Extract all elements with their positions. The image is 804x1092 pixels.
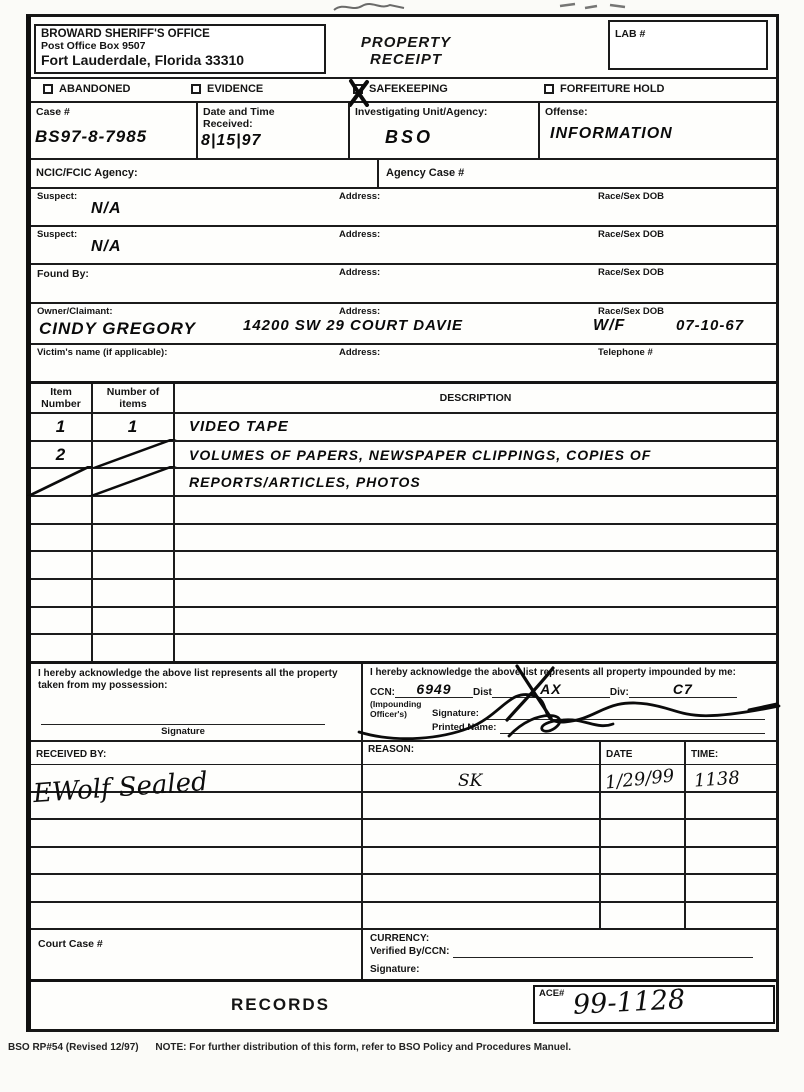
form-title-line1: PROPERTY xyxy=(331,35,481,52)
forfeiture-hold-label: FORFEITURE HOLD xyxy=(560,83,665,95)
received-table: RECEIVED BY: REASON: DATE TIME: EWolf Se… xyxy=(31,742,776,930)
items-empty-row xyxy=(31,525,776,553)
checkbox-evidence: EVIDENCE xyxy=(191,83,263,95)
received-row-1: EWolf Sealed SK 1/29/99 1138 xyxy=(31,765,776,793)
reason-header: REASON: xyxy=(368,744,414,762)
item2-number: 2 xyxy=(56,445,66,465)
owner-label: Owner/Claimant: xyxy=(37,307,113,317)
received-empty-row xyxy=(31,820,776,848)
investigating-unit-cell: Investigating Unit/Agency: BSO xyxy=(350,103,540,158)
time-value: 1138 xyxy=(693,767,740,791)
agency-address-box: BROWARD SHERIFF'S OFFICE Post Office Box… xyxy=(34,24,326,74)
suspect2-label: Suspect: xyxy=(37,230,77,240)
received-empty-row xyxy=(31,875,776,903)
found-by-address-label: Address: xyxy=(339,268,380,278)
possession-acknowledgement-text: I hereby acknowledge the above list repr… xyxy=(38,668,345,692)
possession-signature-line xyxy=(41,724,325,725)
court-case-cell: Court Case # xyxy=(31,930,363,979)
suspect1-race-sex-dob-label: Race/Sex DOB xyxy=(598,192,664,202)
acknowledgement-section: I hereby acknowledge the above list repr… xyxy=(31,664,776,742)
ncic-agency-cell: NCIC/FCIC Agency: xyxy=(31,160,379,187)
item-row-3: REPORTS/ARTICLES, PHOTOS xyxy=(31,469,776,497)
property-items-table: ItemNumber Number ofitems DESCRIPTION 1 … xyxy=(31,384,776,664)
checkbox-safekeeping: SAFEKEEPING xyxy=(353,83,448,95)
case-number-cell: Case # BS97-8-7985 xyxy=(31,103,198,158)
item2-count-slash-mark xyxy=(89,439,177,469)
received-header-row: RECEIVED BY: REASON: DATE TIME: xyxy=(31,742,776,765)
items-empty-row xyxy=(31,635,776,661)
found-by-label: Found By: xyxy=(37,268,89,280)
date-received-label: Date and Time Received: xyxy=(203,106,303,130)
owner-race-sex-dob-label: Race/Sex DOB xyxy=(598,307,664,317)
description-header: DESCRIPTION xyxy=(175,392,776,404)
court-case-label: Court Case # xyxy=(38,938,103,950)
owner-dob-value: 07-10-67 xyxy=(676,317,744,334)
ccn-value: 6949 xyxy=(416,681,451,697)
date-received-cell: Date and Time Received: 8|15|97 xyxy=(198,103,350,158)
item1-description: VIDEO TAPE xyxy=(189,418,289,435)
suspect1-address-label: Address: xyxy=(339,192,380,202)
currency-cell: CURRENCY: Verified By/CCN: Signature: xyxy=(363,930,776,979)
agency-name: BROWARD SHERIFF'S OFFICE xyxy=(41,28,319,40)
item2-description: VOLUMES OF PAPERS, NEWSPAPER CLIPPINGS, … xyxy=(189,447,651,463)
lab-number-box: LAB # xyxy=(608,20,768,70)
lab-number-label: LAB # xyxy=(615,28,645,40)
found-by-row: Found By: Address: Race/Sex DOB xyxy=(31,265,776,304)
suspect2-race-sex-dob-label: Race/Sex DOB xyxy=(598,230,664,240)
currency-label: CURRENCY: xyxy=(370,933,769,945)
victim-address-label: Address: xyxy=(339,348,380,358)
time-header: TIME: xyxy=(691,749,718,760)
investigating-unit-label: Investigating Unit/Agency: xyxy=(355,106,533,118)
ace-number-value: 99-1128 xyxy=(572,984,686,1021)
case-info-row: Case # BS97-8-7985 Date and Time Receive… xyxy=(31,103,776,160)
owner-address-value: 14200 SW 29 COURT DAVIE xyxy=(243,317,463,334)
offense-cell: Offense: INFORMATION xyxy=(540,103,776,158)
ace-number-box: ACE# 99-1128 xyxy=(533,985,775,1024)
offense-value: INFORMATION xyxy=(550,125,673,143)
agency-po-box: Post Office Box 9507 xyxy=(41,40,319,52)
number-of-items-header: Number ofitems xyxy=(93,386,173,410)
item-row-2: 2 VOLUMES OF PAPERS, NEWSPAPER CLIPPINGS… xyxy=(31,442,776,470)
verified-by-ccn-line xyxy=(453,945,753,958)
owner-address-label: Address: xyxy=(339,307,380,317)
property-receipt-form: BROWARD SHERIFF'S OFFICE Post Office Box… xyxy=(26,14,779,1032)
footer-note: NOTE: For further distribution of this f… xyxy=(155,1042,571,1053)
evidence-label: EVIDENCE xyxy=(207,83,263,95)
impounding-signature-line xyxy=(483,707,765,720)
item1-count: 1 xyxy=(128,417,138,437)
scan-artifact-dots xyxy=(555,0,645,12)
owner-race-sex-value: W/F xyxy=(593,317,625,335)
possession-acknowledgement: I hereby acknowledge the above list repr… xyxy=(31,664,363,740)
records-label: RECORDS xyxy=(231,995,330,1015)
owner-claimant-row: Owner/Claimant: CINDY GREGORY Address: 1… xyxy=(31,304,776,345)
printed-name-line xyxy=(500,721,765,734)
victim-label: Victim's name (if applicable): xyxy=(37,348,167,358)
date-value: 1/29/99 xyxy=(604,765,675,793)
suspect-row-1: Suspect: N/A Address: Race/Sex DOB xyxy=(31,189,776,227)
victim-row: Victim's name (if applicable): Address: … xyxy=(31,345,776,384)
suspect-row-2: Suspect: N/A Address: Race/Sex DOB xyxy=(31,227,776,265)
suspect2-address-label: Address: xyxy=(339,230,380,240)
case-number-value: BS97-8-7985 xyxy=(35,127,147,147)
offense-label: Offense: xyxy=(545,106,771,118)
form-title: PROPERTY RECEIPT xyxy=(331,35,481,68)
item-number-header: ItemNumber xyxy=(31,386,91,410)
footer-form-id: BSO RP#54 (Revised 12/97) xyxy=(8,1042,139,1053)
date-header: DATE xyxy=(606,749,632,760)
victim-telephone-label: Telephone # xyxy=(598,348,653,358)
agency-city: Fort Lauderdale, Florida 33310 xyxy=(41,52,319,68)
checkbox-forfeiture-hold: FORFEITURE HOLD xyxy=(544,83,665,95)
abandoned-checkbox xyxy=(43,84,53,94)
form-footer: BSO RP#54 (Revised 12/97) NOTE: For furt… xyxy=(8,1042,585,1053)
possession-signature-label: Signature xyxy=(41,726,325,737)
agency-case-label: Agency Case # xyxy=(386,167,464,179)
records-row: RECORDS ACE# 99-1128 xyxy=(31,982,776,1029)
item1-number: 1 xyxy=(56,417,66,437)
verified-by-ccn-label: Verified By/CCN: xyxy=(370,946,449,958)
items-header-row: ItemNumber Number ofitems DESCRIPTION xyxy=(31,384,776,414)
impound-acknowledgement: I hereby acknowledge the above list repr… xyxy=(363,664,776,740)
dist-value: AX xyxy=(540,681,561,697)
abandoned-label: ABANDONED xyxy=(59,83,131,95)
item3-description: REPORTS/ARTICLES, PHOTOS xyxy=(189,474,421,490)
safekeeping-checkbox xyxy=(353,84,363,94)
date-received-value: 8|15|97 xyxy=(201,132,261,150)
ncic-row: NCIC/FCIC Agency: Agency Case # xyxy=(31,160,776,189)
ccn-field: 6949 xyxy=(395,681,473,698)
impounding-signature-label: Signature: xyxy=(432,709,479,720)
items-empty-row xyxy=(31,608,776,636)
evidence-checkbox xyxy=(191,84,201,94)
classification-row: ABANDONED EVIDENCE SAFEKEEPING FORFEITUR… xyxy=(31,79,776,103)
impound-acknowledgement-text: I hereby acknowledge the above list repr… xyxy=(370,667,769,678)
form-header: BROWARD SHERIFF'S OFFICE Post Office Box… xyxy=(31,17,776,79)
form-title-line2: RECEIPT xyxy=(331,52,481,69)
items-empty-row xyxy=(31,497,776,525)
received-empty-row xyxy=(31,793,776,821)
court-currency-row: Court Case # CURRENCY: Verified By/CCN: … xyxy=(31,930,776,982)
items-empty-row xyxy=(31,580,776,608)
found-by-race-sex-dob-label: Race/Sex DOB xyxy=(598,268,664,278)
item3-count-slash-mark xyxy=(89,466,177,496)
reason-value: SK xyxy=(458,771,482,791)
div-label: Div: xyxy=(610,687,629,698)
item3-number-slash-mark xyxy=(27,466,93,496)
div-field: C7 xyxy=(629,681,737,698)
item-row-1: 1 1 VIDEO TAPE xyxy=(31,414,776,442)
ncic-agency-label: NCIC/FCIC Agency: xyxy=(36,167,138,179)
currency-signature-label: Signature: xyxy=(370,964,769,976)
investigating-unit-value: BSO xyxy=(385,127,433,148)
impounding-officers-label: (Impounding Officer's) xyxy=(370,700,432,720)
received-empty-row xyxy=(31,903,776,929)
ccn-label: CCN: xyxy=(370,687,395,698)
items-empty-row xyxy=(31,552,776,580)
dist-field: AX xyxy=(492,681,610,698)
received-empty-row xyxy=(31,848,776,876)
forfeiture-hold-checkbox xyxy=(544,84,554,94)
suspect2-name-value: N/A xyxy=(91,238,122,256)
div-value: C7 xyxy=(673,681,693,697)
received-by-header: RECEIVED BY: xyxy=(36,749,106,760)
printed-name-label: Printed Name: xyxy=(432,723,496,734)
case-number-label: Case # xyxy=(36,106,191,118)
safekeeping-label: SAFEKEEPING xyxy=(369,83,448,95)
checkbox-abandoned: ABANDONED xyxy=(43,83,131,95)
suspect1-name-value: N/A xyxy=(91,200,122,218)
owner-name-value: CINDY GREGORY xyxy=(39,319,196,339)
suspect1-label: Suspect: xyxy=(37,192,77,202)
dist-label: Dist xyxy=(473,687,492,698)
ace-number-label: ACE# xyxy=(539,989,564,1000)
agency-case-cell: Agency Case # xyxy=(379,160,776,187)
